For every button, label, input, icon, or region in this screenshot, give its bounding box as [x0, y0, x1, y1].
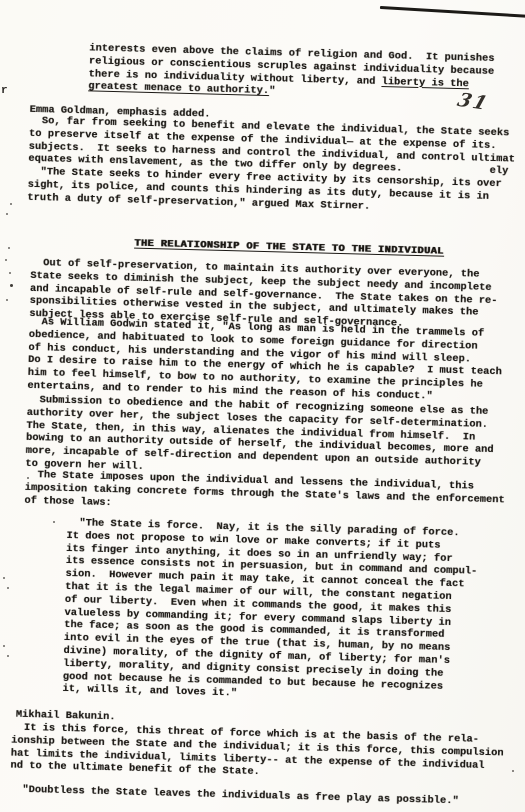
- text-line: THE RELATIONSHIP OF THE STATE TO THE IND…: [134, 238, 444, 259]
- paragraph-force-basis: It is this force, this threat of force w…: [10, 722, 504, 786]
- margin-stray-letter: r: [1, 85, 8, 97]
- doubtless-line: "Doubtless the State leaves the individu…: [10, 784, 459, 809]
- paragraph-submission: Submission to obedience and the habit of…: [25, 394, 495, 483]
- bakunin-quote: "The State is force. Nay, it is the sill…: [62, 517, 478, 707]
- section-heading: THE RELATIONSHIP OF THE STATE TO THE IND…: [134, 238, 444, 259]
- scanned-document-page: r 31 interests even above the claims of …: [0, 0, 525, 812]
- paragraph-state-self-preservation: So, far from seeking to benefit and elev…: [27, 115, 516, 217]
- opening-quote-goldman: interests even above the claims of relig…: [88, 42, 495, 104]
- text-line: "Doubtless the State leaves the individu…: [10, 784, 459, 809]
- paragraph-godwin: As William Godwin stated it, "As long as…: [27, 316, 503, 405]
- text-layer: interests even above the claims of relig…: [0, 0, 525, 812]
